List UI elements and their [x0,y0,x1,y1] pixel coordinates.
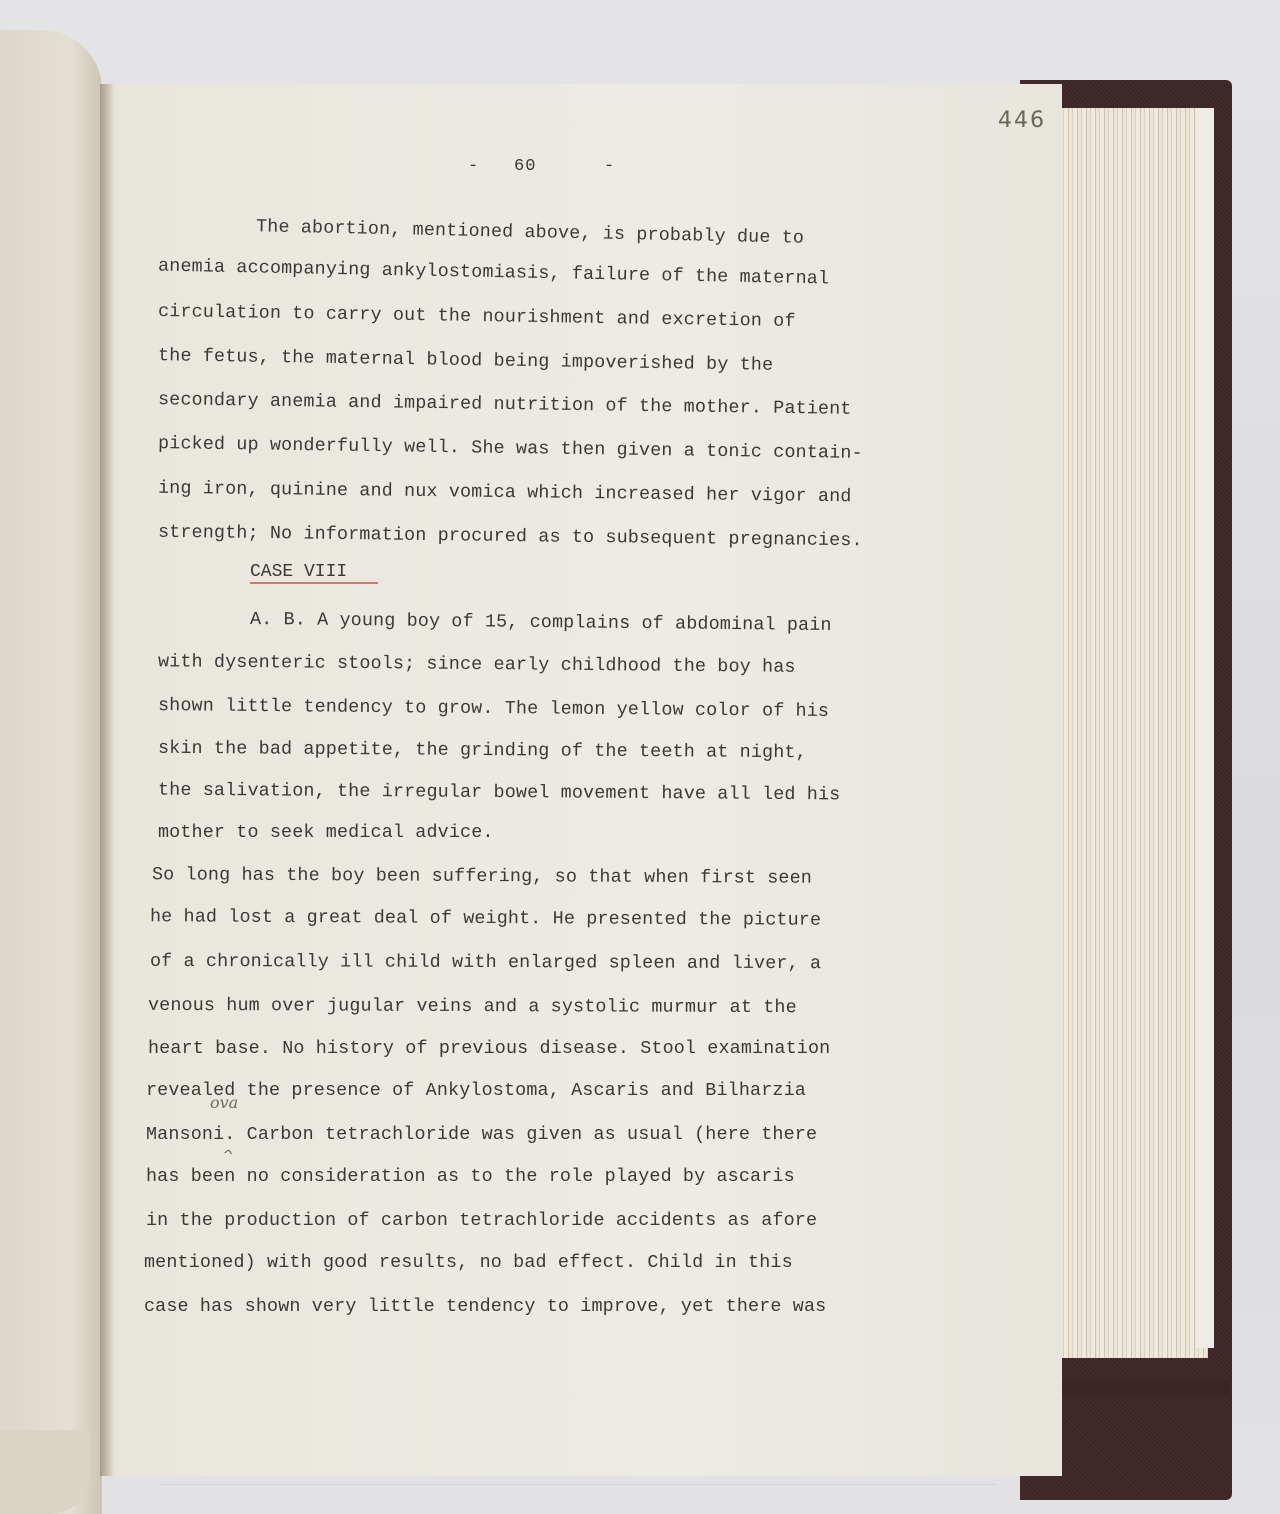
text-line: case has shown very little tendency to i… [144,1296,826,1317]
bleed-through-rule [160,1484,996,1485]
text-line: mentioned) with good results, no bad eff… [144,1252,793,1273]
page-number: 60 [514,157,536,176]
text-line: venous hum over jugular veins and a syst… [148,995,797,1018]
text-line: Mansoni. Carbon tetrachloride was given … [146,1124,817,1145]
text-line: has been no consideration as to the role… [146,1166,795,1187]
case-heading: CASE VIII [250,562,347,582]
gutter-shadow [100,84,114,1476]
text-line: of a chronically ill child with enlarged… [150,951,821,974]
case-heading-underline [250,582,378,584]
handwritten-folio-number: 446 [998,108,1046,133]
page-number-dash-left: - [468,157,478,176]
endpaper [1196,108,1214,1348]
text-line: So long has the boy been suffering, so t… [152,864,812,888]
left-page-curl [0,30,102,1514]
text-line: he had lost a great deal of weight. He p… [150,906,821,931]
page-number-dash-right: - [604,157,614,176]
text-line: mother to seek medical advice. [158,822,494,843]
handwritten-annotation-ova: ova [210,1093,238,1112]
text-line: revealed the presence of Ankylostoma, As… [146,1080,806,1101]
page-edges [1060,108,1208,1358]
text-line: in the production of carbon tetrachlorid… [146,1210,817,1231]
left-page-bottom [0,1430,90,1514]
insertion-caret-mark: ^ [221,1147,235,1164]
text-line: heart base. No history of previous disea… [148,1038,830,1059]
